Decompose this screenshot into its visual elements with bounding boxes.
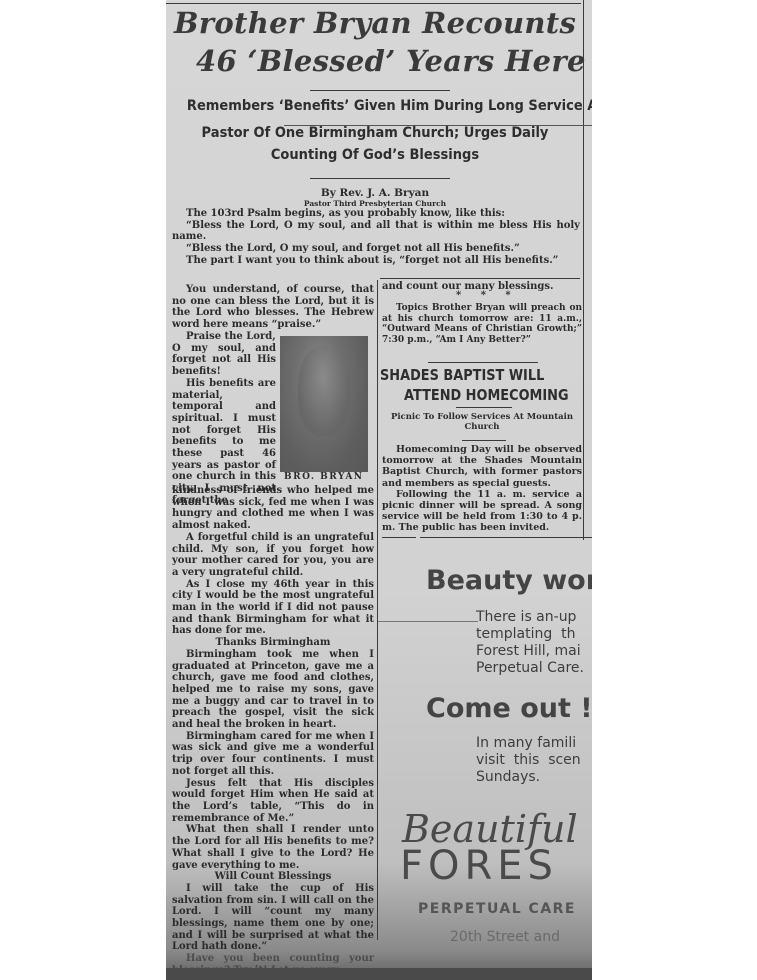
body-paragraph: A forgetful child is an ungrateful child… (172, 532, 374, 579)
sidebar-headline-divider (456, 407, 512, 408)
subhead-thanks-birmingham: Thanks Birmingham (172, 637, 374, 649)
sidebar-end-rule-left (382, 537, 416, 538)
sidebar-subhead-divider (462, 440, 506, 441)
portrait-photo (280, 336, 368, 472)
body-paragraph: Following the 11 a. m. service a picnic … (382, 489, 582, 534)
column-1-wrap: Praise the Lord, O my soul, and forget n… (172, 331, 276, 507)
column2-top-rule (380, 278, 580, 279)
ad-brand: FORES (400, 843, 558, 889)
deck-line-2: Pastor Of One Birmingham Church; Urges D… (187, 125, 563, 141)
separator-dots: * * * (456, 290, 519, 301)
newspaper-clipping: Brother Bryan Recounts 46 ‘Blessed’ Year… (166, 0, 592, 980)
sidebar-end-rule-right (420, 537, 592, 538)
ad-text-line: templating th (476, 626, 576, 643)
ad-text-line: Sundays. (476, 769, 540, 786)
deck-line-1: Remembers ‘Benefits’ Given Him During Lo… (187, 98, 563, 114)
deck-line-3: Counting Of God’s Blessings (187, 147, 563, 163)
ad-text-line: visit this scen (476, 752, 581, 769)
body-paragraph: I will take the cup of His salvation fro… (172, 883, 374, 953)
body-paragraph: What then shall I render unto the Lord f… (172, 824, 374, 871)
topics-note: Topics Brother Bryan will preach on at h… (382, 303, 582, 345)
headline-line-2: 46 ‘Blessed’ Years Here (196, 44, 592, 78)
headline-divider (310, 90, 450, 91)
body-paragraph: kindness of friends who helped me when I… (172, 485, 374, 532)
ad-tagline: PERPETUAL CARE (418, 901, 576, 917)
body-paragraph: You understand, of course, that no one c… (172, 284, 374, 331)
story-divider (428, 362, 538, 363)
subhead-will-count-blessings: Will Count Blessings (172, 871, 374, 883)
sidebar-headline-2: ATTEND HOMECOMING (404, 386, 581, 404)
column-1-top: You understand, of course, that no one c… (172, 284, 374, 331)
ad-text-line: Forest Hill, mai (476, 643, 581, 660)
ad-address: 20th Street and (450, 929, 560, 945)
column-1-after-photo: kindness of friends who helped me when I… (172, 485, 374, 977)
ad-text-line: Perpetual Care. (476, 660, 584, 677)
sidebar-headline-1: SHADES BAPTIST WILL (380, 366, 557, 384)
body-paragraph: Homecoming Day will be observed tomorrow… (382, 444, 582, 489)
ad-heading-beauty: Beauty wor (426, 565, 592, 596)
sidebar-subhead: Picnic To Follow Services At Mountain Ch… (380, 412, 584, 432)
headline-line-1: Brother Bryan Recounts (174, 6, 574, 40)
body-paragraph: Jesus felt that His disciples would forg… (172, 778, 374, 825)
intro-paragraph: “Bless the Lord, O my soul, and all that… (172, 220, 580, 243)
photo-caption: BRO. BRYAN (284, 472, 364, 482)
body-paragraph: Birmingham cared for me when I was sick … (172, 731, 374, 778)
body-paragraph: As I close my 46th year in this city I w… (172, 579, 374, 638)
portrait-face (298, 346, 350, 436)
body-paragraph: Topics Brother Bryan will preach on at h… (382, 303, 582, 345)
body-paragraph: Birmingham took me when I graduated at P… (172, 649, 374, 731)
intro-paragraph: The part I want you to think about is, “… (172, 255, 580, 267)
ad-heading-come-out: Come out ! (426, 693, 592, 724)
article-intro: The 103rd Psalm begins, as you probably … (172, 208, 580, 267)
scan-bottom-edge (166, 968, 592, 980)
body-paragraph: O my soul, and forget not all His benefi… (172, 343, 276, 378)
right-column-border (583, 0, 584, 540)
top-rule (166, 3, 581, 4)
byline: By Rev. J. A. Bryan (166, 187, 584, 199)
ad-text-line: In many famili (476, 735, 576, 752)
body-paragraph: Praise the Lord, (172, 331, 276, 343)
intro-paragraph: The 103rd Psalm begins, as you probably … (172, 208, 580, 220)
ad-text-line: There is an-up (476, 609, 576, 626)
intro-paragraph: “Bless the Lord, O my soul, and forget n… (172, 243, 580, 255)
sidebar-body: Homecoming Day will be observed tomorrow… (382, 444, 582, 534)
byline-title: Pastor Third Presbyterian Church (166, 199, 584, 208)
cemetery-advertisement: Beauty wor There is an-up templating th … (378, 545, 592, 980)
ad-rule (378, 621, 478, 622)
deck-divider (310, 178, 450, 179)
